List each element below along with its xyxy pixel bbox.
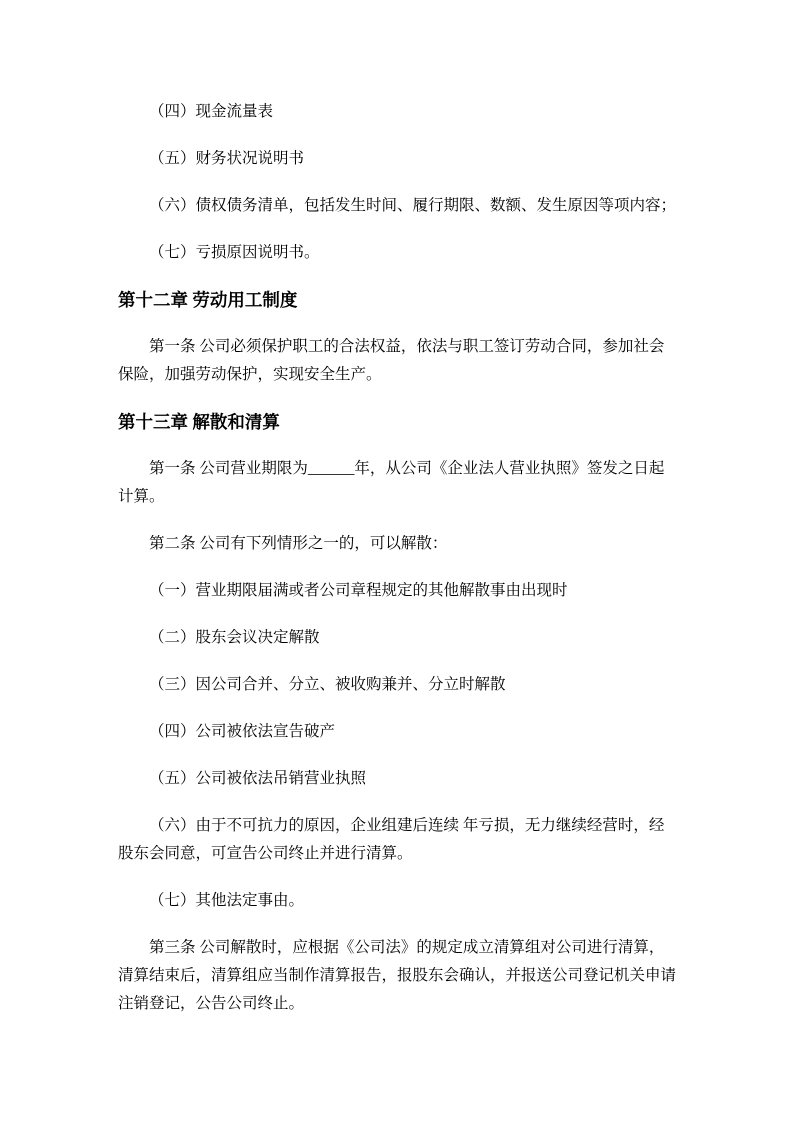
list-item-debt-list: （六）债权债务清单，包括发生时间、履行期限、数额、发生原因等项内容； (118, 192, 676, 220)
list-item-loss-explanation: （七）亏损原因说明书。 (118, 239, 676, 267)
list-item-cash-flow-statement: （四）现金流量表 (118, 98, 676, 126)
document-page: （四）现金流量表 （五）财务状况说明书 （六）债权债务清单，包括发生时间、履行期… (0, 0, 794, 1123)
list-item-dissolution-reason-5: （五）公司被依法吊销营业执照 (118, 765, 676, 793)
list-item-dissolution-reason-3: （三）因公司合并、分立、被收购兼并、分立时解散 (118, 671, 676, 699)
list-item-dissolution-reason-2: （二）股东会议决定解散 (118, 624, 676, 652)
chapter-heading-12-labor-system: 第十二章 劳动用工制度 (118, 286, 676, 314)
list-item-dissolution-reason-6: （六）由于不可抗力的原因，企业组建后连续 年亏损，无力继续经营时，经股东会同意，… (118, 812, 676, 868)
paragraph-dissolution-article-1: 第一条 公司营业期限为______年，从公司《企业法人营业执照》签发之日起计算。 (118, 455, 676, 511)
list-item-dissolution-reason-1: （一）营业期限届满或者公司章程规定的其他解散事由出现时 (118, 577, 676, 605)
paragraph-dissolution-article-2: 第二条 公司有下列情形之一的，可以解散： (118, 530, 676, 558)
paragraph-dissolution-article-3: 第三条 公司解散时，应根据《公司法》的规定成立清算组对公司进行清算，清算结束后，… (118, 934, 676, 1018)
list-item-dissolution-reason-7: （七）其他法定事由。 (118, 887, 676, 915)
list-item-financial-statement: （五）财务状况说明书 (118, 145, 676, 173)
list-item-dissolution-reason-4: （四）公司被依法宣告破产 (118, 718, 676, 746)
chapter-heading-13-dissolution-liquidation: 第十三章 解散和清算 (118, 408, 676, 436)
paragraph-labor-article-1: 第一条 公司必须保护职工的合法权益，依法与职工签订劳动合同，参加社会保险，加强劳… (118, 333, 676, 389)
document-content: （四）现金流量表 （五）财务状况说明书 （六）债权债务清单，包括发生时间、履行期… (118, 98, 676, 1018)
